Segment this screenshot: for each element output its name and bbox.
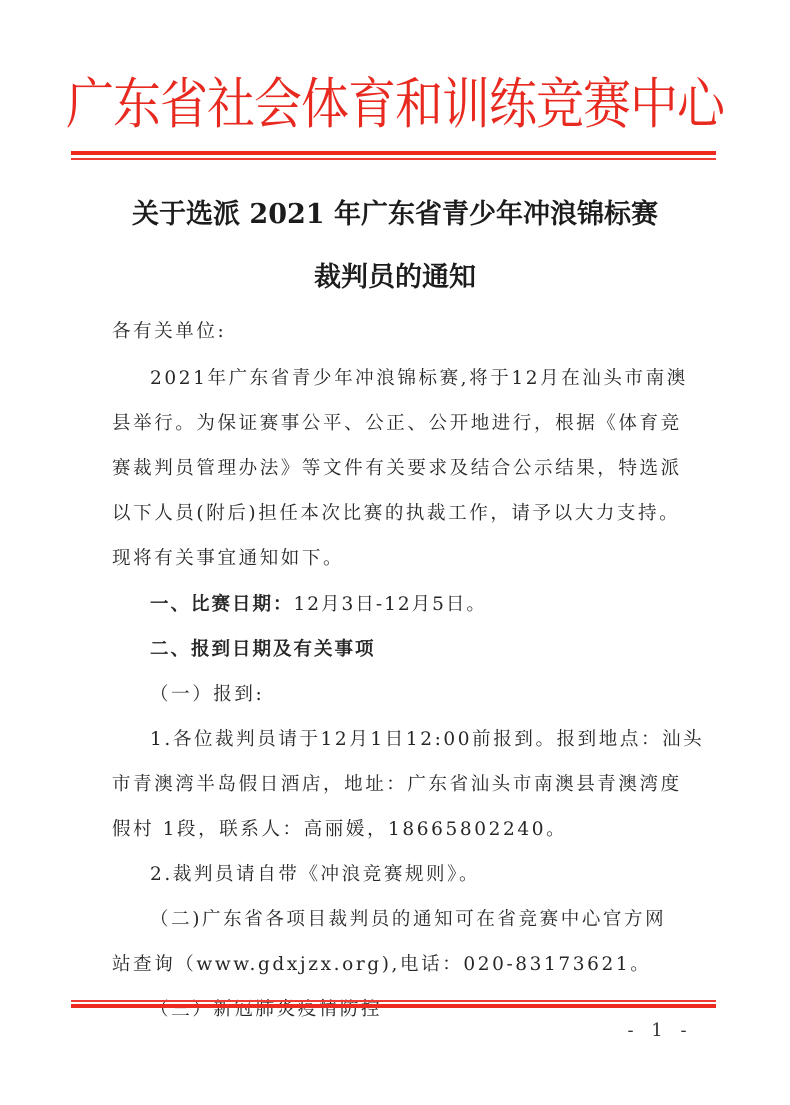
- subsection-3-heading: （三）新冠肺炎疫情防控: [150, 998, 750, 1022]
- intro-line: 以下人员(附后)担任本次比赛的执裁工作，请予以大力支持。: [112, 502, 712, 526]
- section-1-competition-dates: 一、比赛日期：12月3日-12月5日。: [150, 593, 750, 617]
- report-item-1-line: 假村 1段，联系人：高丽媛，18665802240。: [112, 818, 712, 842]
- subsection-1-heading: （一）报到:: [150, 683, 750, 707]
- intro-line: 现将有关事宜通知如下。: [112, 547, 712, 571]
- section-2-heading: 二、报到日期及有关事项: [150, 638, 750, 662]
- letterhead-rule-thick: [71, 151, 716, 155]
- report-item-1-line: 1.各位裁判员请于12月1日12:00前报到。报到地点：汕头: [150, 728, 750, 752]
- footer-rule-thick: [71, 1004, 716, 1008]
- report-item-1-line: 市青澳湾半岛假日酒店，地址：广东省汕头市南澳县青澳湾度: [112, 773, 712, 797]
- intro-line: 赛裁判员管理办法》等文件有关要求及结合公示结果，特选派: [112, 457, 712, 481]
- letterhead-rule-thin: [71, 158, 716, 160]
- footer-rule-thin: [71, 1000, 716, 1002]
- section-1-heading: 一、比赛日期：: [150, 594, 294, 615]
- report-item-2: 2.裁判员请自带《冲浪竞赛规则》。: [150, 863, 750, 887]
- document-title-line-2: 裁判员的通知: [0, 255, 790, 294]
- intro-line: 2021年广东省青少年冲浪锦标赛,将于12月在汕头市南澳: [150, 367, 750, 391]
- section-1-value: 12月3日-12月5日。: [294, 594, 487, 615]
- subsection-2-line: 站查询（www.gdxjzx.org),电话：020-83173621。: [112, 953, 712, 977]
- salutation: 各有关单位:: [112, 320, 712, 344]
- page-number: - 1 -: [620, 1020, 700, 1041]
- document-title-line-1: 关于选派 2021 年广东省青少年冲浪锦标赛: [0, 192, 790, 231]
- intro-line: 县举行。为保证赛事公平、公正、公开地进行，根据《体育竞: [112, 412, 712, 436]
- letterhead-title: 广东省社会体育和训练竞赛中心: [0, 70, 790, 139]
- subsection-2-line: （二)广东省各项目裁判员的通知可在省竞赛中心官方网: [150, 908, 750, 932]
